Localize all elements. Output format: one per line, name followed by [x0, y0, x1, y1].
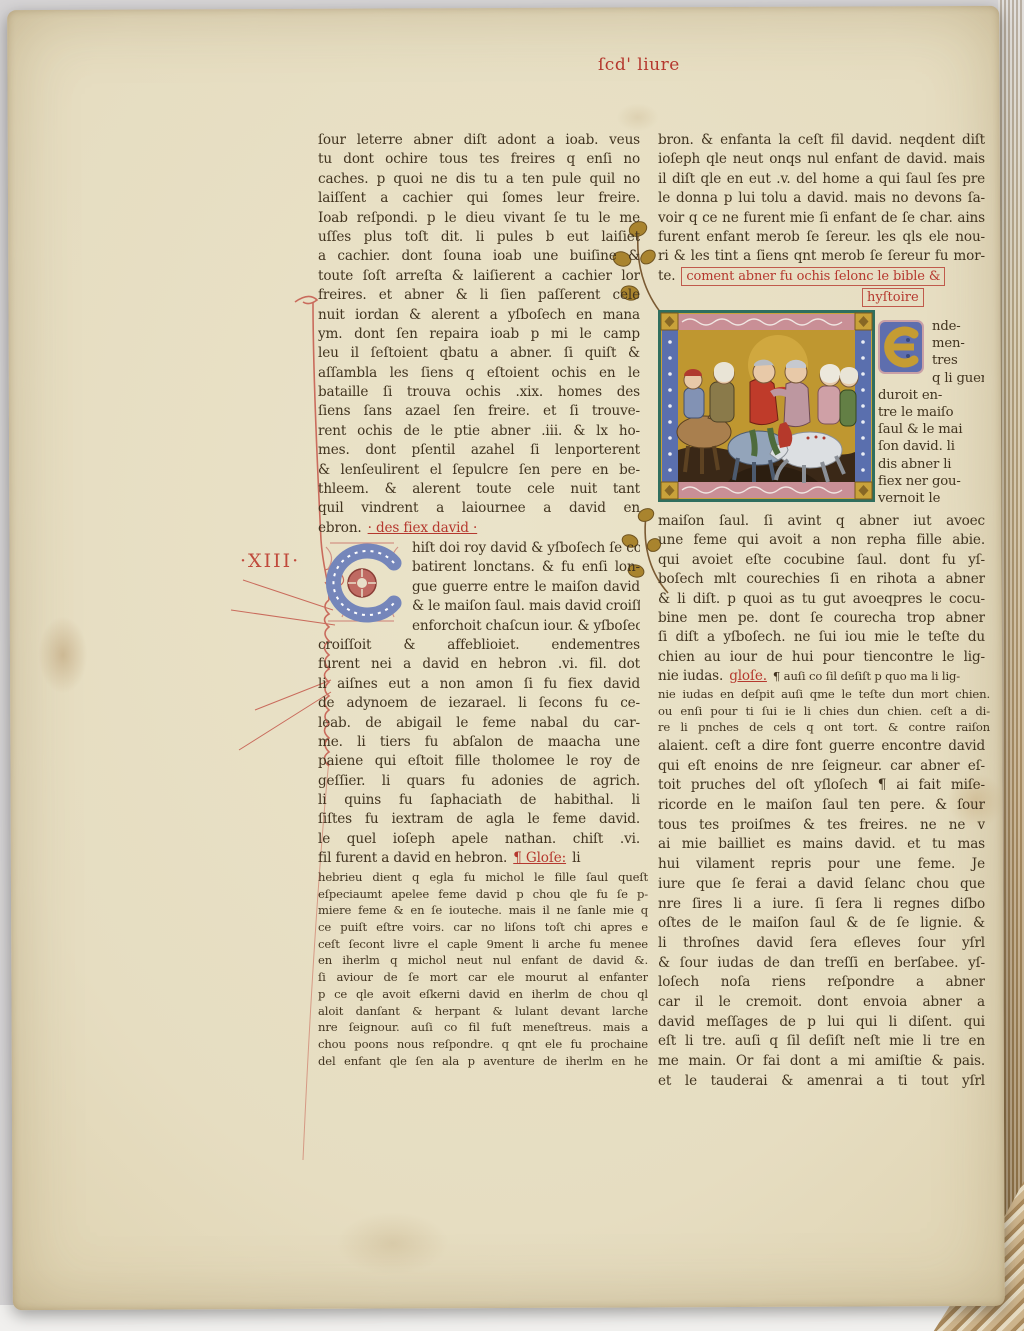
text-line: & ſour iudas de dan treſſi en berſabee. … [658, 954, 985, 974]
rubric-coment-abner: coment abner fu ochis ſelonc le bible & [681, 267, 945, 286]
text-line: geſſier. li quars fu adonies de agrich. [318, 772, 640, 791]
glose-line: ou enſi pour ti ſui ie li chies dun chie… [658, 703, 990, 720]
glose-line: del enfant qle ſen ala p aventure de ihe… [318, 1053, 648, 1070]
glose-line: p ce qle avoit eſkerni david en iherlm d… [318, 986, 648, 1003]
text-line: une feme qui avoit a non repha fille abi… [658, 531, 985, 550]
text-line: rent ochis de le ptie abner .iii. & lx h… [318, 422, 640, 441]
decorated-initial-C [320, 541, 404, 623]
text-line: nie iudas. [658, 667, 723, 686]
text-line: ricorde en le maiſon ſaul ten pere. & ſo… [658, 796, 985, 816]
left-column-paragraph: ſour leterre abner diſt adont a ioab. ve… [318, 131, 640, 538]
text-line: il diſt qle en eut .v. del home a qui ſa… [658, 170, 985, 189]
parchment-stain [28, 600, 98, 710]
text-line: hiſt doi roy david & yſboſech ſe co [412, 539, 640, 558]
text-line: maiſon ſaul. ſi avint q abner iut avoec [658, 512, 985, 531]
text-line: qui avoiet eſte cocubine ſaul. dont fu y… [658, 551, 985, 570]
text-line: leu il ſeſtoient qbatu a abner. ſi quiſt… [318, 344, 640, 363]
text-line: li quins fu ſaphaciath de habithal. li [318, 791, 640, 810]
right-column-block-c: alaient. ceſt a dire font guerre encontr… [658, 737, 985, 1091]
glose-line: nre ſeignour. auſi co fil fuſt meneſtreu… [318, 1019, 648, 1036]
text-line: ri & les tint a ſiens qnt merob ſe ſereu… [658, 247, 985, 266]
text-line: li throſnes david ſera eſleves ſour yſrl [658, 934, 985, 954]
text-line: bine men pe. dont ſe courecha trop abner [658, 609, 985, 628]
text-line: bron. & enfanta la ceſt fil david. neqde… [658, 131, 985, 150]
text-line: me main. Or fai dont a mi amiſtie & pais… [658, 1052, 985, 1072]
text-line: le quel ioſeph apele nathan. chiſt .vi. [318, 830, 640, 849]
text-line: men- [932, 335, 984, 352]
text-line: leab. de abigail le feme nabal du car- [318, 714, 640, 733]
text-line: uſſes plus toſt dit. li pules b eut laiſ… [318, 228, 640, 247]
text-line: ſaul & le mai [878, 421, 984, 438]
text-line: alaient. ceſt a dire font guerre encontr… [658, 737, 985, 757]
text-line: a cachier. dont ſouna ioab une buiſine & [318, 247, 640, 266]
text-line: ebron. [318, 519, 362, 538]
text-line: vernoit le [878, 490, 984, 507]
text-line: furent enfant merob ſe ſereur. les qls e… [658, 228, 985, 247]
glose-line: en iherlm q michol neut nul enfant de da… [318, 952, 648, 969]
text-line: toit pruches del oſt yſloſech ¶ ai fait … [658, 776, 985, 796]
text-line: nde- [932, 318, 984, 335]
text-line: tres [932, 352, 984, 369]
text-line: loſech noſa riens reſpondre a abner [658, 973, 985, 993]
text-line: mes. dont pſentil azahel ſi lenporterent [318, 441, 640, 460]
text-line: & le maiſon ſaul. mais david croiſſoit & [412, 597, 640, 616]
glose-marker: gloſe. [729, 667, 767, 686]
left-column-chapter: hiſt doi roy david & yſboſech ſe cobatir… [318, 539, 640, 869]
text-line: car il le cremoit. dont envoia abner a [658, 993, 985, 1013]
text-line: duroit en- [878, 387, 984, 404]
text-line: bataille ſi trouva ochis .xix. homes des [318, 383, 640, 402]
text-line: te. [658, 267, 675, 286]
text-line: de adynoem de iezarael. li ſecons fu ce- [318, 694, 640, 713]
glose-line: hebrieu dient q egla fu michol le fille … [318, 869, 648, 886]
text-line: & li diſt. p quoi as tu gut avoeqpres le… [658, 590, 985, 609]
text-line: le donna p lui tolu a david. mais no dev… [658, 189, 985, 208]
text-line: quil vindrent a laiournee a david en [318, 499, 640, 518]
glose-line: ſi aviour de ſe mort car ele mourut al e… [318, 969, 648, 986]
text-line: li aiſnes eut a non amon ſi fu fiex davi… [318, 675, 640, 694]
glose-line: chou poons nous reſpondre. q qnt ele fu … [318, 1036, 648, 1053]
glose-marker: ¶ Gloſe: [513, 849, 566, 868]
text-line: ſour leterre abner diſt adont a ioab. ve… [318, 131, 640, 150]
text-line: iure que ſe ferai a david ſelanc chou qu… [658, 875, 985, 895]
text-line: caches. p quoi ne dis tu a ten pule quil… [318, 170, 640, 189]
text-line: hui vilament repris pour une feme. Je [658, 855, 985, 875]
text-line: eſt li tre. auſi q ſil deſiſt neſt mie l… [658, 1032, 985, 1052]
text-line: laiſſent a cachier qui ſomes leur freire… [318, 189, 640, 208]
text-line: q li guerre [932, 370, 984, 387]
text-line: freires. et abner & li ſien paſſerent ce… [318, 286, 640, 305]
text-line: me. li tiers fu abſalon de maacha une [318, 733, 640, 752]
glose-line: aloit danſant & herpant & lulant devant … [318, 1003, 648, 1020]
text-line: enforchoit chaſcun iour. & yſboſech def- [412, 617, 640, 636]
text-line: fil furent a david en hebron. [318, 849, 507, 868]
text-line: thleem. & alerent toute cele nuit tant [318, 480, 640, 499]
chapter-number: ·XIII· [240, 550, 300, 572]
text-line: nre ſires li a iure. ſi ſera li regnes d… [658, 895, 985, 915]
text-line: ſon david. li [878, 438, 984, 455]
glose-line: miere feme & en ſe iouteche. mais il ne … [318, 902, 648, 919]
glose-line: re li pnches de cels q ont tort. & contr… [658, 719, 990, 736]
right-column-paragraph: bron. & enfanta la ceſt fil david. neqde… [658, 131, 985, 286]
text-line: furent nei a david en hebron .vi. fil. d… [318, 655, 640, 674]
decorated-initial-E [878, 318, 928, 376]
text-line: croiſſoit & affeblioiet. endementres [318, 636, 640, 655]
text-line: aſſambla les ſiens q eſtoient ochis en l… [318, 364, 640, 383]
text-line: toute ſoſt arreſta & laiſierent a cachie… [318, 267, 640, 286]
text-line: ym. dont ſen repaira ioab p mi le camp [318, 325, 640, 344]
glose-line: eſpeciaumt apelee feme david p chou qle … [318, 886, 648, 903]
text-line: nuit iordan & alerent a yſboſech en mana [318, 306, 640, 325]
text-line: paiene qui eſtoit fille tholomee le roy … [318, 752, 640, 771]
text-line: ioſeph qle neut onqs nul enfant de david… [658, 150, 985, 169]
text-line: Ioab reſpondi. p le dieu vivant ſe tu le… [318, 209, 640, 228]
rubric-des-fiex-david: · des fiex david · [368, 519, 478, 538]
text-line: ſiſtes fu iextram de agla le feme david. [318, 810, 640, 829]
left-column-glose: hebrieu dient q egla fu michol le fille … [318, 869, 648, 1069]
text-line: tu dont ochire tous tes freires q enſi n… [318, 150, 640, 169]
miniature-abner-slain [658, 310, 875, 502]
miniature-scene [677, 330, 858, 483]
right-column-block-a: maiſon ſaul. ſi avint q abner iut avoecu… [658, 512, 985, 687]
figure-red-cap [684, 369, 704, 418]
text-line: ¶ auſi co ſil deſiſt p quo ma li lig- [773, 667, 960, 686]
text-line: chien au iour de hui pour tiencontre le … [658, 648, 985, 667]
glose-line: ce puiſt eſtre voirs. car no liſons toſt… [318, 919, 648, 936]
glose-line: nie iudas en deſpit auſi qme le teſte du… [658, 686, 990, 703]
text-line: fiex ner gou- [878, 473, 984, 490]
text-line: gue guerre entre le maiſon david [412, 578, 640, 597]
text-line: li [572, 849, 580, 868]
text-line: boſech mlt courechies ſi en rihota a abn… [658, 570, 985, 589]
text-line: qui eſt enoins de nre ſeigneur. car abne… [658, 757, 985, 777]
text-line: ſi diſt a yſboſech. ne ſui iou mie le te… [658, 628, 985, 647]
glose-line: ceſt ſecont livre el caple 9ment li arch… [318, 936, 648, 953]
text-line: batirent lonctans. & fu enſi lon- [412, 558, 640, 577]
text-line: & lenſeulirent el ſepulcre ſen pere en b… [318, 461, 640, 480]
running-title: ſcd' liure [598, 55, 680, 75]
text-line: et le tauderai & amenrai a ti tout yſrl [658, 1072, 985, 1092]
text-line: ai mie bailliet es mains david. et tu ma… [658, 835, 985, 855]
rubric-hystoire: hyſtoire [862, 288, 924, 307]
right-side-column: nde-men-tresq li guerreduroit en-tre le … [878, 318, 984, 507]
right-column-glose: nie iudas en deſpit auſi qme le teſte du… [658, 686, 990, 736]
figure-pink-turban [818, 364, 840, 424]
text-line: voir q ce ne furent mie ſi enfant de ſe … [658, 209, 985, 228]
text-line: ſiens ſans azael ſen freire. et ſi trouv… [318, 402, 640, 421]
text-line: tous tes proiſmes & tes freires. ne ne v [658, 816, 985, 836]
text-line: oſtes de le maiſon ſaul & de ſe lignie. … [658, 914, 985, 934]
text-line: tre le maiſo [878, 404, 984, 421]
text-line: david meſſages de p lui qui li diſent. q… [658, 1013, 985, 1033]
figure-green-robe [840, 367, 858, 426]
text-line: dis abner li [878, 456, 984, 473]
parchment-stain [312, 1198, 472, 1289]
